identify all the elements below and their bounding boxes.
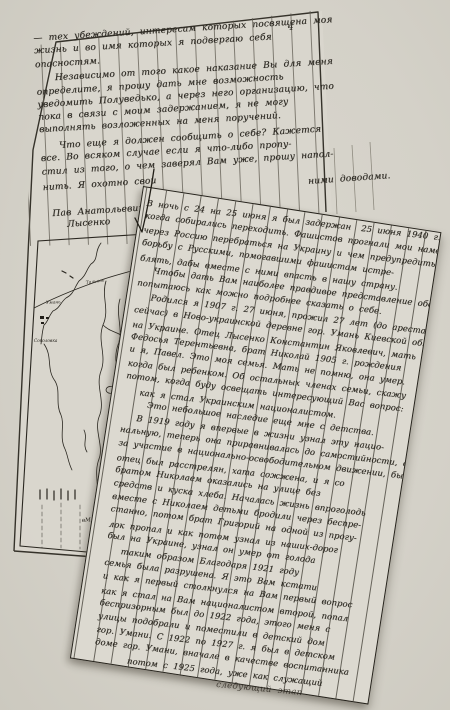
map-hatch-marks	[40, 489, 75, 500]
front-page-text-block: В ночь с 24 на 25 июня я был задержан 25…	[93, 197, 442, 699]
map-river-line	[44, 344, 72, 470]
back-page-frame-bottom	[14, 551, 95, 557]
scanned-document-photo: Умань Тальное Соколовка вМ 4 — тех убежд…	[0, 0, 450, 710]
front-page-sheet: В ночь с 24 на 25 июня я был задержан 25…	[70, 186, 442, 705]
map-settlement-blobs	[40, 316, 49, 324]
map-creek	[84, 430, 87, 452]
map-label: Тальное	[86, 278, 106, 286]
map-coastline	[41, 243, 101, 344]
map-islands	[62, 271, 73, 278]
map-label: Соколовка	[34, 338, 58, 343]
map-label: Умань	[46, 300, 62, 306]
map-ruling-dashes	[42, 503, 80, 549]
